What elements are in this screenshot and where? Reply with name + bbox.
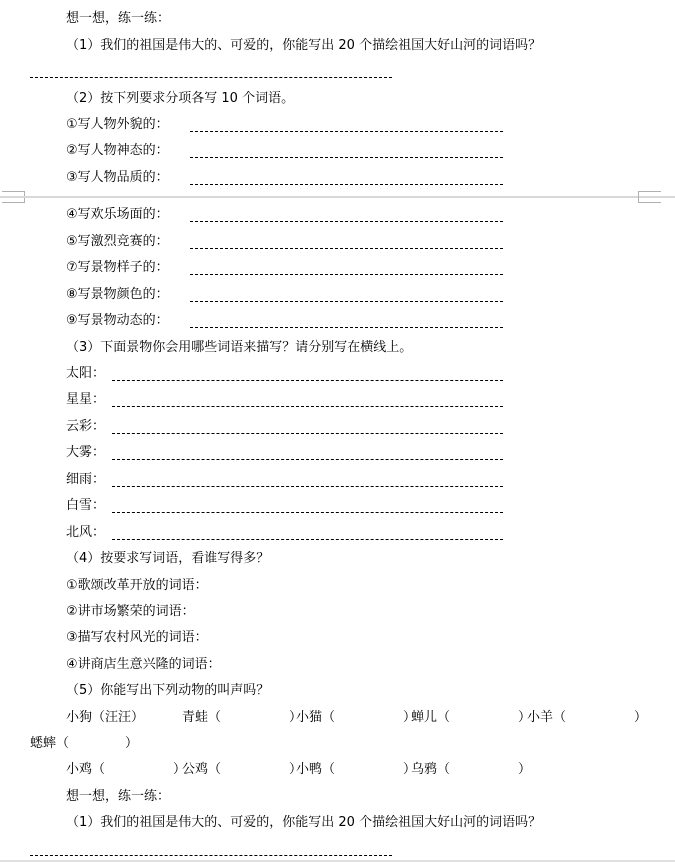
animal-sound: （汪汪） xyxy=(92,710,144,725)
animal-name: 小鸡 xyxy=(66,762,92,777)
q2-item-label: ⑨写景物动态的： xyxy=(66,313,169,328)
animal-name: 公鸡 xyxy=(182,762,208,777)
q5-animal-crow[interactable]: 乌鸦（） xyxy=(411,762,531,778)
q3-item-label: 云彩： xyxy=(66,419,105,434)
answer-blank-q2-4[interactable] xyxy=(190,221,503,222)
animal-name: 蝉儿 xyxy=(411,710,437,725)
q3-item-label: 细雨： xyxy=(66,472,105,487)
q3-item-label: 北风： xyxy=(66,525,105,540)
question-2-prompt: （2）按下列要求分项各写 10 个词语。 xyxy=(66,91,294,107)
page-separator xyxy=(0,196,675,198)
answer-blank-q2-5[interactable] xyxy=(190,248,503,249)
animal-name: 蟋蟀 xyxy=(30,736,56,751)
answer-blank-snow[interactable] xyxy=(112,512,503,513)
animal-sound-blank[interactable]: （） xyxy=(208,710,302,725)
q2-item-7: ⑦写景物样子的： xyxy=(66,260,169,276)
q3-item-drizzle: 细雨： xyxy=(66,472,105,488)
q3-item-label: 太阳： xyxy=(66,366,105,381)
animal-sound-blank[interactable]: （） xyxy=(208,762,302,777)
q3-item-label: 星星： xyxy=(66,392,105,407)
q2-item-label: ②写人物神态的： xyxy=(66,143,169,158)
q5-animal-frog[interactable]: 青蛙（） xyxy=(182,710,302,726)
q2-item-9: ⑨写景物动态的： xyxy=(66,313,169,329)
answer-blank-q1[interactable] xyxy=(30,77,392,78)
q4-item-1: ①歌颂改革开放的词语： xyxy=(66,578,208,594)
answer-blank-stars[interactable] xyxy=(112,406,503,407)
answer-blank-q2-7[interactable] xyxy=(190,274,503,275)
q3-item-north-wind: 北风： xyxy=(66,525,105,541)
animal-name: 小猫 xyxy=(296,710,322,725)
animal-sound-blank[interactable]: （） xyxy=(437,710,531,725)
animal-name: 小鸭 xyxy=(296,762,322,777)
animal-name: 青蛙 xyxy=(182,710,208,725)
animal-name: 小狗 xyxy=(66,710,92,725)
q2-item-4: ④写欢乐场面的： xyxy=(66,207,169,223)
answer-blank-drizzle[interactable] xyxy=(112,486,503,487)
q5-animal-chick[interactable]: 小鸡（） xyxy=(66,762,186,778)
answer-blank-sun[interactable] xyxy=(112,380,503,381)
q3-item-stars: 星星： xyxy=(66,392,105,408)
section-title: 想一想，练一练： xyxy=(66,11,170,27)
animal-sound-blank[interactable]: （） xyxy=(437,762,531,777)
q2-item-5: ⑤写激烈竞赛的： xyxy=(66,234,169,250)
page-corner-mark-right xyxy=(638,191,661,203)
question-1-prompt-repeat: （1）我们的祖国是伟大的、可爱的，你能写出 20 个描绘祖国大好山河的词语吗？ xyxy=(66,815,541,831)
q3-item-sun: 太阳： xyxy=(66,366,105,382)
answer-blank-q2-1[interactable] xyxy=(190,131,503,132)
answer-blank-fog[interactable] xyxy=(112,459,503,460)
q5-animal-sheep[interactable]: 小羊（） xyxy=(527,710,647,726)
answer-blank-q2-9[interactable] xyxy=(190,327,503,328)
q3-item-clouds: 云彩： xyxy=(66,419,105,435)
q3-item-snow: 白雪： xyxy=(66,498,105,514)
q2-item-label: ⑧写景物颜色的： xyxy=(66,287,169,302)
q4-item-3: ③描写农村风光的词语： xyxy=(66,630,208,646)
question-5-prompt: （5）你能写出下列动物的叫声吗？ xyxy=(66,683,269,699)
q2-item-label: ⑤写激烈竞赛的： xyxy=(66,234,169,249)
animal-sound-blank[interactable]: （） xyxy=(322,762,416,777)
question-1-prompt: （1）我们的祖国是伟大的、可爱的，你能写出 20 个描绘祖国大好山河的词语吗？ xyxy=(66,38,541,54)
q3-item-label: 白雪： xyxy=(66,498,105,513)
q2-item-3: ③写人物品质的： xyxy=(66,170,169,186)
answer-blank-q1-repeat[interactable] xyxy=(30,855,392,856)
q2-item-label: ①写人物外貌的： xyxy=(66,117,169,132)
q2-item-label: ③写人物品质的： xyxy=(66,170,169,185)
q4-item-2: ②讲市场繁荣的词语： xyxy=(66,604,195,620)
animal-sound-blank[interactable]: （） xyxy=(56,736,138,751)
q5-animal-cricket[interactable]: 蟋蟀（） xyxy=(30,736,138,752)
q5-animal-dog: 小狗（汪汪） xyxy=(66,710,144,726)
answer-blank-clouds[interactable] xyxy=(112,433,503,434)
q2-item-label: ④写欢乐场面的： xyxy=(66,207,169,222)
q3-item-fog: 大雾： xyxy=(66,445,105,461)
answer-blank-q2-8[interactable] xyxy=(190,301,503,302)
q2-item-8: ⑧写景物颜色的： xyxy=(66,287,169,303)
animal-sound-blank[interactable]: （） xyxy=(322,710,416,725)
q4-item-4: ④讲商店生意兴隆的词语： xyxy=(66,657,221,673)
animal-sound-blank[interactable]: （） xyxy=(553,710,647,725)
answer-blank-q2-2[interactable] xyxy=(190,157,503,158)
q2-item-1: ①写人物外貌的： xyxy=(66,117,169,133)
q5-animal-cicada[interactable]: 蝉儿（） xyxy=(411,710,531,726)
answer-blank-q2-3[interactable] xyxy=(190,184,503,185)
animal-name: 小羊 xyxy=(527,710,553,725)
answer-blank-north-wind[interactable] xyxy=(112,539,503,540)
q5-animal-rooster[interactable]: 公鸡（） xyxy=(182,762,302,778)
question-3-prompt: （3）下面景物你会用哪些词语来描写？请分别写在横线上。 xyxy=(66,340,412,356)
q2-item-label: ⑦写景物样子的： xyxy=(66,260,169,275)
question-4-prompt: （4）按要求写词语，看谁写得多？ xyxy=(66,551,269,567)
q5-animal-duckling[interactable]: 小鸭（） xyxy=(296,762,416,778)
section-title-repeat: 想一想，练一练： xyxy=(66,789,170,805)
q2-item-2: ②写人物神态的： xyxy=(66,143,169,159)
animal-name: 乌鸦 xyxy=(411,762,437,777)
animal-sound-blank[interactable]: （） xyxy=(92,762,186,777)
q3-item-label: 大雾： xyxy=(66,445,105,460)
q5-animal-cat[interactable]: 小猫（） xyxy=(296,710,416,726)
